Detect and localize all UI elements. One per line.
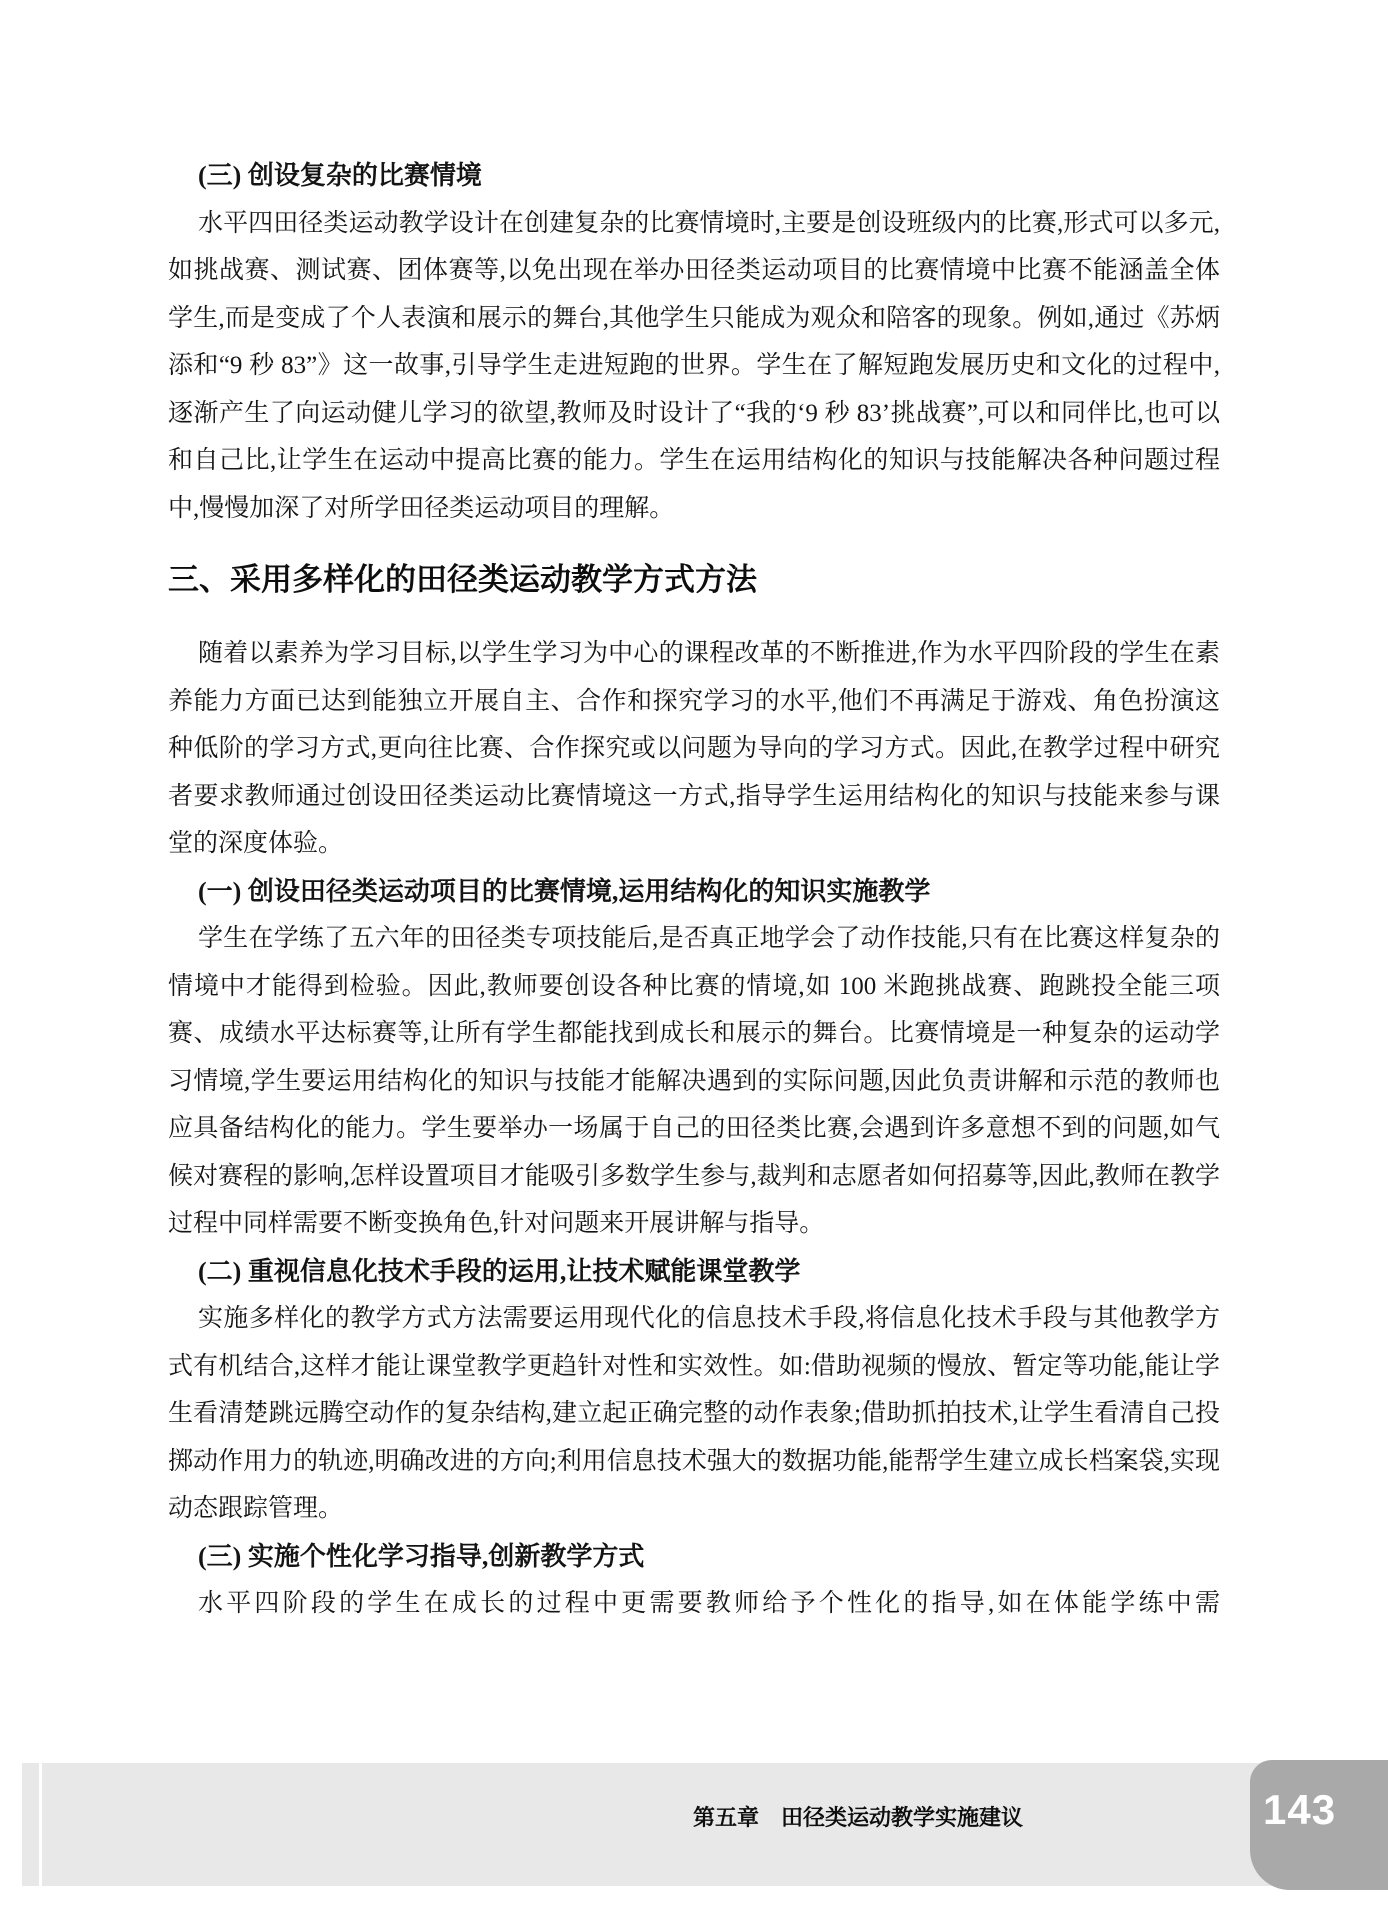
footer-chapter-title: 田径类运动教学实施建议 (781, 1805, 1023, 1830)
book-page: (三) 创设复杂的比赛情境 水平四田径类运动教学设计在创建复杂的比赛情境时,主要… (0, 0, 1388, 1917)
subheading-complex-competition-context: (三) 创设复杂的比赛情境 (168, 152, 1220, 200)
footer-chapter: 第五章田径类运动教学实施建议 (693, 1801, 1023, 1832)
subheading-information-technology: (二) 重视信息化技术手段的运用,让技术赋能课堂教学 (168, 1248, 1220, 1296)
body-paragraph: 随着以素养为学习目标,以学生学习为中心的课程改革的不断推进,作为水平四阶段的学生… (168, 630, 1220, 868)
footer-left-accent-block (22, 1763, 39, 1886)
body-paragraph: 水平四阶段的学生在成长的过程中更需要教师给予个性化的指导,如在体能学练中需 (168, 1580, 1220, 1628)
page-number-tab: 143 (1250, 1760, 1388, 1890)
body-paragraph: 水平四田径类运动教学设计在创建复杂的比赛情境时,主要是创设班级内的比赛,形式可以… (168, 200, 1220, 533)
subheading-competition-context-structured-knowledge: (一) 创设田径类运动项目的比赛情境,运用结构化的知识实施教学 (168, 868, 1220, 916)
body-paragraph: 实施多样化的教学方式方法需要运用现代化的信息技术手段,将信息化技术手段与其他教学… (168, 1295, 1220, 1533)
page-number: 143 (1250, 1760, 1388, 1834)
subheading-personalized-guidance: (三) 实施个性化学习指导,创新教学方式 (168, 1533, 1220, 1581)
footer-chapter-label: 第五章 (693, 1805, 759, 1830)
footer-band: 第五章田径类运动教学实施建议 (42, 1763, 1388, 1886)
section-heading-diversified-teaching-methods: 三、采用多样化的田径类运动教学方式方法 (168, 556, 1220, 604)
page-body: (三) 创设复杂的比赛情境 水平四田径类运动教学设计在创建复杂的比赛情境时,主要… (168, 152, 1220, 1628)
body-paragraph: 学生在学练了五六年的田径类专项技能后,是否真正地学会了动作技能,只有在比赛这样复… (168, 915, 1220, 1248)
